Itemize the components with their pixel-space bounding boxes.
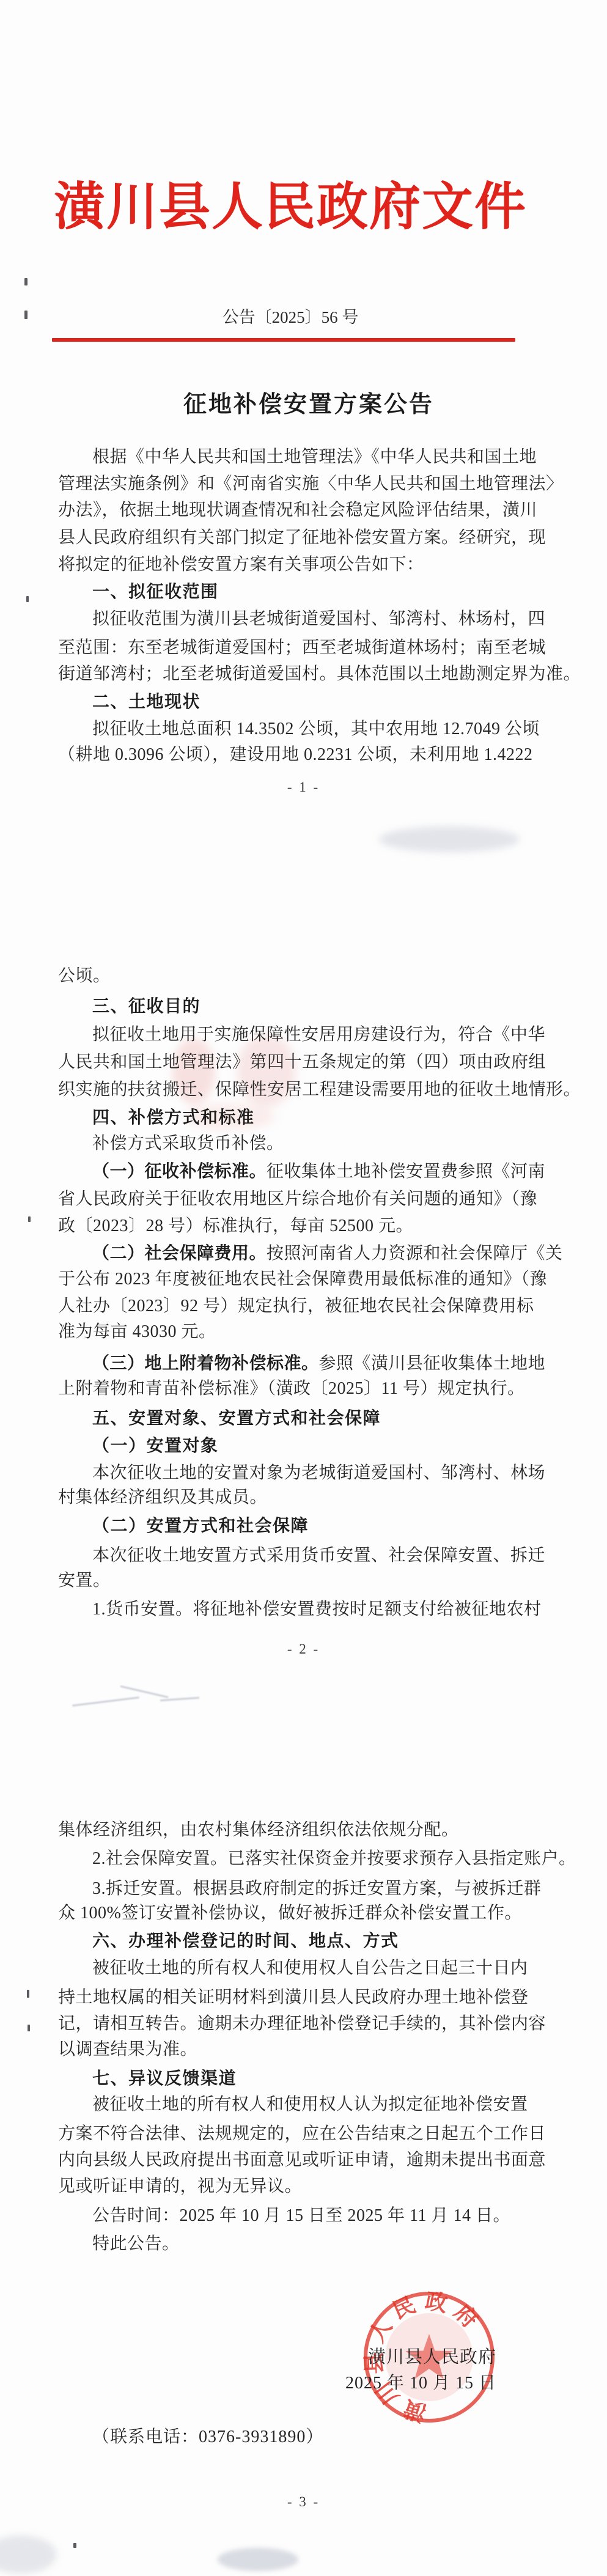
section-heading: 二、土地现状 — [58, 691, 556, 712]
body-line: 准为每亩 43030 元。 — [58, 1322, 521, 1342]
body-line: （耕地 0.3096 公顷），建设用地 0.2231 公顷，未利用地 1.422… — [58, 745, 521, 765]
body-line: 见或听证申请的，视为无异议。 — [58, 2176, 521, 2197]
body-line: 将拟定的征地补偿安置方案有关事项公告如下： — [58, 554, 521, 575]
scan-speck — [73, 2543, 76, 2548]
body-line: 持土地权属的相关证明材料到潢川县人民政府办理土地补偿登 — [58, 1987, 521, 2008]
body-line: 被征收土地的所有权人和使用权人认为拟定征地补偿安置 — [58, 2094, 556, 2115]
body-line: 特此公告。 — [58, 2234, 556, 2254]
body-line: 管理法实施条例》和《河南省实施〈中华人民共和国土地管理法〉 — [58, 474, 521, 495]
body-text: 征收集体土地补偿安置费参照《河南 — [267, 1162, 545, 1181]
body-line: 被征收土地的所有权人和使用权人自公告之日起三十日内 — [58, 1958, 556, 1979]
section-heading: 四、补偿方式和标准 — [58, 1107, 556, 1128]
body-line: 于公布 2023 年度被征地农民社会保障费用最低标准的通知》（豫 — [58, 1269, 521, 1290]
scan-speck — [28, 1216, 31, 1222]
page-number: - 3 - — [0, 2494, 607, 2510]
scan-smudge — [0, 2536, 56, 2574]
body-line: 众 100%签订安置补偿协议，做好被拆迁群众补偿安置工作。 — [58, 1903, 521, 1924]
scan-speck — [24, 278, 28, 285]
doc-number: 公告〔2025〕56 号 — [0, 304, 581, 328]
body-line: 3.拆迁安置。根据县政府制定的拆迁安置方案，与被拆迁群 — [58, 1879, 556, 1899]
contact-phone: （联系电话：0376-3931890） — [92, 2423, 323, 2448]
body-line: 拟征收土地总面积 14.3502 公顷，其中农用地 12.7049 公顷 — [58, 719, 556, 740]
body-line: 1.货币安置。将征地补偿安置费按时足额支付给被征地农村 — [58, 1599, 556, 1620]
bold-lead: （三）地上附着物补偿标准。 — [92, 1353, 319, 1372]
body-line: 至范围：东至老城街道爱国村；西至老城街道林场村；南至老城 — [58, 638, 521, 658]
section-heading: 六、办理补偿登记的时间、地点、方式 — [58, 1930, 556, 1951]
masthead-title: 潢川县人民政府文件 — [0, 180, 581, 236]
issue-date: 2025 年 10 月 15 日 — [0, 2369, 496, 2394]
body-line: 补偿方式采取货币补偿。 — [58, 1133, 556, 1154]
body-line: 办法》，依据土地现状调查情况和社会稳定风险评估结果，潢川 — [58, 500, 521, 521]
body-line: 县人民政府组织有关部门拟定了征地补偿安置方案。经研究，现 — [58, 528, 521, 548]
body-line: 内向县级人民政府提出书面意见或听证申请，逾期未提出书面意 — [58, 2150, 521, 2171]
body-line: 方案不符合法律、法规规定的，应在公告结束之日起五个工作日 — [58, 2124, 521, 2144]
body-text: 参照《潢川县征收集体土地地 — [319, 1354, 546, 1373]
body-line: 2.社会保障安置。已落实社保资金并按要求预存入县指定账户。 — [58, 1849, 556, 1869]
body-line: 省人民政府关于征收农用地区片综合地价有关问题的通知》（豫 — [58, 1189, 521, 1210]
body-line: 村集体经济组织及其成员。 — [58, 1487, 521, 1508]
document-title: 征地补偿安置方案公告 — [0, 385, 607, 419]
body-line: 公告时间：2025 年 10 月 15 日至 2025 年 11 月 14 日。 — [58, 2206, 556, 2226]
body-line: （二）社会保障费用。按照河南省人力资源和社会保障厅《关 — [58, 1243, 556, 1264]
red-divider — [52, 338, 515, 342]
body-line: 拟征收土地用于实施保障性安居用房建设行为，符合《中华 — [58, 1025, 556, 1045]
body-line: 街道邹湾村；北至老城街道爱国村。具体范围以土地勘测定界为准。 — [58, 664, 521, 685]
scan-smudge — [120, 1685, 169, 1698]
scan-speck — [28, 2025, 30, 2031]
body-line: 公顷。 — [58, 966, 521, 987]
body-line: 政〔2023〕28 号）标准执行，每亩 52500 元。 — [58, 1216, 521, 1237]
bold-lead: （一）征收补偿标准。 — [92, 1161, 267, 1180]
body-line: 本次征收土地的安置对象为老城街道爱国村、邹湾村、林场 — [58, 1463, 556, 1484]
scan-speck — [26, 596, 29, 602]
section-heading: （二）安置方式和社会保障 — [58, 1515, 556, 1536]
body-line: 根据《中华人民共和国土地管理法》《中华人民共和国土地 — [58, 447, 556, 468]
section-heading: 一、拟征收范围 — [58, 581, 556, 602]
scan-smudge — [72, 1696, 139, 1706]
body-line: 记，请相互转告。逾期未办理征地补偿登记手续的，其补偿内容 — [58, 2014, 521, 2034]
section-heading: （一）安置对象 — [58, 1435, 556, 1456]
page-number: - 1 - — [0, 779, 607, 795]
body-line: 人社办〔2023〕92 号）规定执行，被征地农民社会保障费用标 — [58, 1296, 521, 1317]
bold-lead: （二）社会保障费用。 — [92, 1243, 267, 1262]
scan-speck — [27, 1990, 29, 1998]
scanned-document: 潢川县人民政府文件 公告〔2025〕56 号 征地补偿安置方案公告 根据《中华人… — [0, 0, 607, 2576]
scan-smudge — [218, 2548, 298, 2571]
body-line: 本次征收土地安置方式采用货币安置、社会保障安置、拆迁 — [58, 1545, 556, 1566]
body-text: 按照河南省人力资源和社会保障厅《关 — [267, 1244, 563, 1263]
body-line: 集体经济组织，由农村集体经济组织依法依规分配。 — [58, 1820, 521, 1841]
body-line: （三）地上附着物补偿标准。参照《潢川县征收集体土地地 — [58, 1353, 556, 1374]
body-line: 以调查结果为准。 — [58, 2039, 521, 2060]
scan-smudge — [379, 826, 520, 852]
body-line: （一）征收补偿标准。征收集体土地补偿安置费参照《河南 — [58, 1161, 556, 1182]
section-heading: 三、征收目的 — [58, 996, 556, 1017]
body-line: 拟征收范围为潢川县老城街道爱国村、邹湾村、林场村，四 — [58, 609, 556, 630]
issuer-name: 潢川县人民政府 — [0, 2343, 496, 2368]
body-line: 安置。 — [58, 1570, 521, 1591]
body-line: 上附着物和青苗补偿标准》（潢政〔2025〕11 号）规定执行。 — [58, 1378, 521, 1399]
body-line: 人民共和国土地管理法》第四十五条规定的第（四）项由政府组 — [58, 1052, 521, 1073]
page-number: - 2 - — [0, 1641, 607, 1657]
body-line: 织实施的扶贫搬迁、保障性安居工程建设需要用地的征收土地情形。 — [58, 1080, 521, 1100]
section-heading: 五、安置对象、安置方式和社会保障 — [58, 1408, 556, 1429]
scan-smudge — [160, 1697, 199, 1701]
section-heading: 七、异议反馈渠道 — [58, 2068, 556, 2089]
